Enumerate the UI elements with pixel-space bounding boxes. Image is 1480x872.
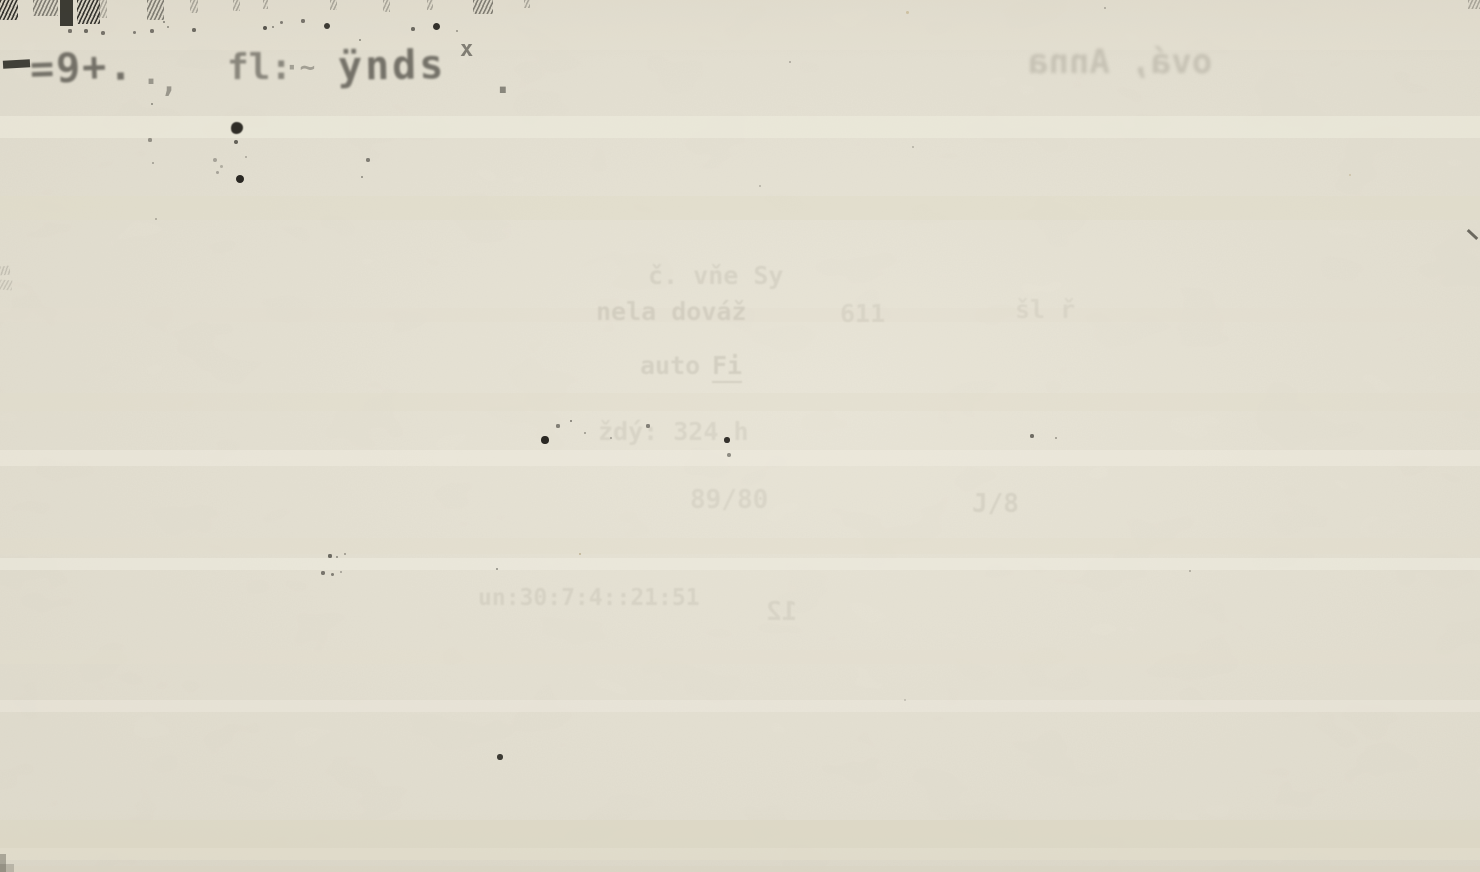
ink-dot <box>912 146 914 148</box>
edge-mark <box>0 280 12 291</box>
ink-dot <box>570 420 573 423</box>
barcode-bar <box>190 0 198 13</box>
ink-dot <box>789 61 792 64</box>
stamp-fragment: ·~ <box>284 54 315 83</box>
scan-band <box>0 866 1480 872</box>
ink-dot <box>231 122 243 134</box>
ink-dot <box>328 554 331 557</box>
ink-dot <box>1349 174 1351 176</box>
edge-mark <box>0 266 10 276</box>
ink-dot <box>236 175 245 184</box>
ink-dot <box>101 31 105 35</box>
ink-dot <box>280 21 283 24</box>
ink-dot <box>724 437 729 442</box>
barcode-bar <box>473 0 493 14</box>
ink-dot <box>361 176 364 179</box>
barcode-bar <box>263 0 268 9</box>
stamp-fragment: =9+. <box>29 44 135 92</box>
ink-dot <box>497 754 502 759</box>
ink-dot <box>1030 434 1034 438</box>
ink-dot <box>272 26 275 29</box>
scan-band <box>0 650 1480 664</box>
ink-dot <box>904 699 906 701</box>
scan-band <box>0 450 1480 466</box>
barcode-bar <box>330 0 337 10</box>
ink-dot <box>324 23 330 29</box>
ink-dot <box>727 453 731 457</box>
scan-band <box>0 196 1480 220</box>
bleedthrough-text: 611 <box>840 300 885 328</box>
edge-mark <box>3 59 30 68</box>
bleedthrough-text: šl ř <box>1015 296 1075 324</box>
ink-dot <box>148 138 151 141</box>
ink-dot <box>1055 437 1057 439</box>
bleedthrough-text: un:30:7:4::21:51 <box>478 586 700 611</box>
ink-dot <box>541 436 548 443</box>
barcode-bar <box>99 0 107 18</box>
barcode-bar <box>0 0 18 20</box>
bleedthrough-text: 12 <box>766 598 797 627</box>
ink-dot <box>366 158 369 161</box>
barcode-bar <box>77 0 100 24</box>
ink-dot <box>556 424 559 427</box>
ink-dot <box>584 432 586 434</box>
ink-dot <box>301 19 304 22</box>
stamp-fragment: . <box>492 62 514 102</box>
ink-dot <box>433 23 440 30</box>
ink-dot <box>192 28 196 32</box>
bleedthrough-text: J/8 <box>972 490 1019 519</box>
ink-dot <box>579 553 582 556</box>
barcode-bar <box>233 0 240 11</box>
ink-dot <box>151 103 154 106</box>
scanned-page: =9+.·,fl:·~ÿndsx.ová, Annač. vňe Sy611šl… <box>0 0 1480 872</box>
edge-mark <box>0 864 14 872</box>
ink-dot <box>133 31 136 34</box>
ink-dot <box>84 29 88 33</box>
barcode-bar <box>427 0 433 10</box>
ink-dot <box>167 26 169 28</box>
barcode-bar <box>383 0 390 12</box>
ink-dot <box>150 29 154 33</box>
ink-dot <box>1104 7 1107 10</box>
ink-dot <box>213 158 217 162</box>
stamp-fragment: ·, <box>142 66 178 99</box>
bleedthrough-text: ová, Anna <box>1028 44 1212 81</box>
ink-dot <box>456 30 459 33</box>
ink-dot <box>245 156 247 158</box>
scan-band <box>0 393 1480 411</box>
stamp-fragment: x <box>460 38 473 62</box>
stamp-fragment: fl: <box>227 48 292 88</box>
bleedthrough-text: 89/80 <box>690 486 768 515</box>
ink-dot <box>1189 570 1191 572</box>
scan-band <box>0 538 1480 554</box>
ink-dot <box>68 29 71 32</box>
ink-dot <box>646 424 649 427</box>
bleedthrough-text: Fi <box>712 352 742 383</box>
ink-dot <box>359 39 362 42</box>
ink-dot <box>152 162 154 164</box>
barcode-bar <box>60 0 73 26</box>
scan-band <box>0 116 1480 138</box>
scan-band <box>0 0 1480 50</box>
scan-band <box>0 848 1480 860</box>
ink-dot <box>331 573 334 576</box>
barcode-bar <box>147 0 164 20</box>
ink-dot <box>263 26 267 30</box>
ink-dot <box>220 165 223 168</box>
ink-dot <box>336 556 338 558</box>
ink-dot <box>216 171 219 174</box>
ink-dot <box>344 553 346 555</box>
ink-dot <box>234 140 239 145</box>
ink-dot <box>321 571 324 574</box>
edge-mark <box>1467 229 1479 240</box>
bleedthrough-text: nela dováž <box>596 298 747 326</box>
scan-band <box>0 820 1480 848</box>
ink-dot <box>496 568 498 570</box>
ink-dot <box>163 21 166 24</box>
stamp-fragment: ÿnds <box>338 43 447 89</box>
ink-dot <box>411 27 415 31</box>
scan-band <box>0 700 1480 712</box>
scan-band <box>0 558 1480 570</box>
ink-dot <box>759 185 761 187</box>
ink-dot <box>906 11 909 14</box>
ink-dot <box>340 571 342 573</box>
ink-dot <box>155 218 157 220</box>
barcode-bar <box>33 0 58 16</box>
barcode-bar <box>1468 0 1480 9</box>
barcode-bar <box>524 0 530 8</box>
bleedthrough-text: č. vňe Sy <box>648 262 783 290</box>
bleedthrough-text: auto <box>640 352 700 380</box>
